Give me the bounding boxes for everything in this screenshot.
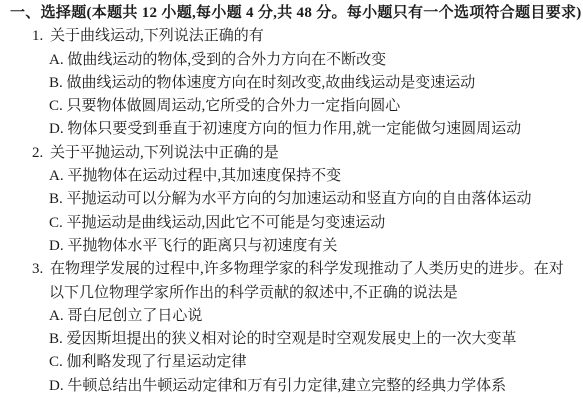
answer-option: B. 做曲线运动的物体速度方向在时刻改变,故曲线运动是变速运动 <box>0 72 583 95</box>
answer-option: B. 平抛运动可以分解为水平方向的匀加速运动和竖直方向的自由落体运动 <box>0 188 583 211</box>
question-stem-line: 1.关于曲线运动,下列说法正确的有 <box>0 25 583 48</box>
question-block: 3.在物理学发展的过程中,许多物理学家的科学发现推动了人类历史的进步。在对以下几… <box>0 258 583 398</box>
answer-option: A. 做曲线运动的物体,受到的合外力方向在不断改变 <box>0 49 583 72</box>
answer-option: C. 伽利略发现了行星运动定律 <box>0 351 583 374</box>
question-stem-line: 3.在物理学发展的过程中,许多物理学家的科学发现推动了人类历史的进步。在对 <box>0 258 583 281</box>
answer-option: C. 平抛运动是曲线运动,因此它不可能是匀变速运动 <box>0 212 583 235</box>
question-block: 2.关于平抛运动,下列说法中正确的是A. 平抛物体在运动过程中,其加速度保持不变… <box>0 142 583 258</box>
question-stem: 关于平抛运动,下列说法中正确的是 <box>50 145 279 161</box>
questions-container: 1.关于曲线运动,下列说法正确的有A. 做曲线运动的物体,受到的合外力方向在不断… <box>0 25 583 398</box>
section-header: 一、选择题(本题共 12 小题,每小题 4 分,共 48 分。每小题只有一个选项… <box>0 2 583 25</box>
question-stem: 在物理学发展的过程中,许多物理学家的科学发现推动了人类历史的进步。在对 <box>50 261 564 277</box>
answer-option: A. 哥白尼创立了日心说 <box>0 305 583 328</box>
question-number: 2. <box>32 142 50 165</box>
answer-option: D. 牛顿总结出牛顿运动定律和万有引力定律,建立完整的经典力学体系 <box>0 375 583 398</box>
exam-document: 一、选择题(本题共 12 小题,每小题 4 分,共 48 分。每小题只有一个选项… <box>0 0 583 398</box>
question-number: 3. <box>32 258 50 281</box>
question-stem-line: 2.关于平抛运动,下列说法中正确的是 <box>0 142 583 165</box>
answer-option: D. 物体只要受到垂直于初速度方向的恒力作用,就一定能做匀速圆周运动 <box>0 118 583 141</box>
question-number: 1. <box>32 25 50 48</box>
answer-option: A. 平抛物体在运动过程中,其加速度保持不变 <box>0 165 583 188</box>
question-stem-continued: 以下几位物理学家所作出的科学贡献的叙述中,不正确的说法是 <box>0 282 583 305</box>
answer-option: C. 只要物体做圆周运动,它所受的合外力一定指向圆心 <box>0 95 583 118</box>
answer-option: B. 爱因斯坦提出的狭义相对论的时空观是时空观发展史上的一次大变革 <box>0 328 583 351</box>
question-block: 1.关于曲线运动,下列说法正确的有A. 做曲线运动的物体,受到的合外力方向在不断… <box>0 25 583 141</box>
answer-option: D. 平抛物体水平飞行的距离只与初速度有关 <box>0 235 583 258</box>
question-stem: 关于曲线运动,下列说法正确的有 <box>50 28 264 44</box>
